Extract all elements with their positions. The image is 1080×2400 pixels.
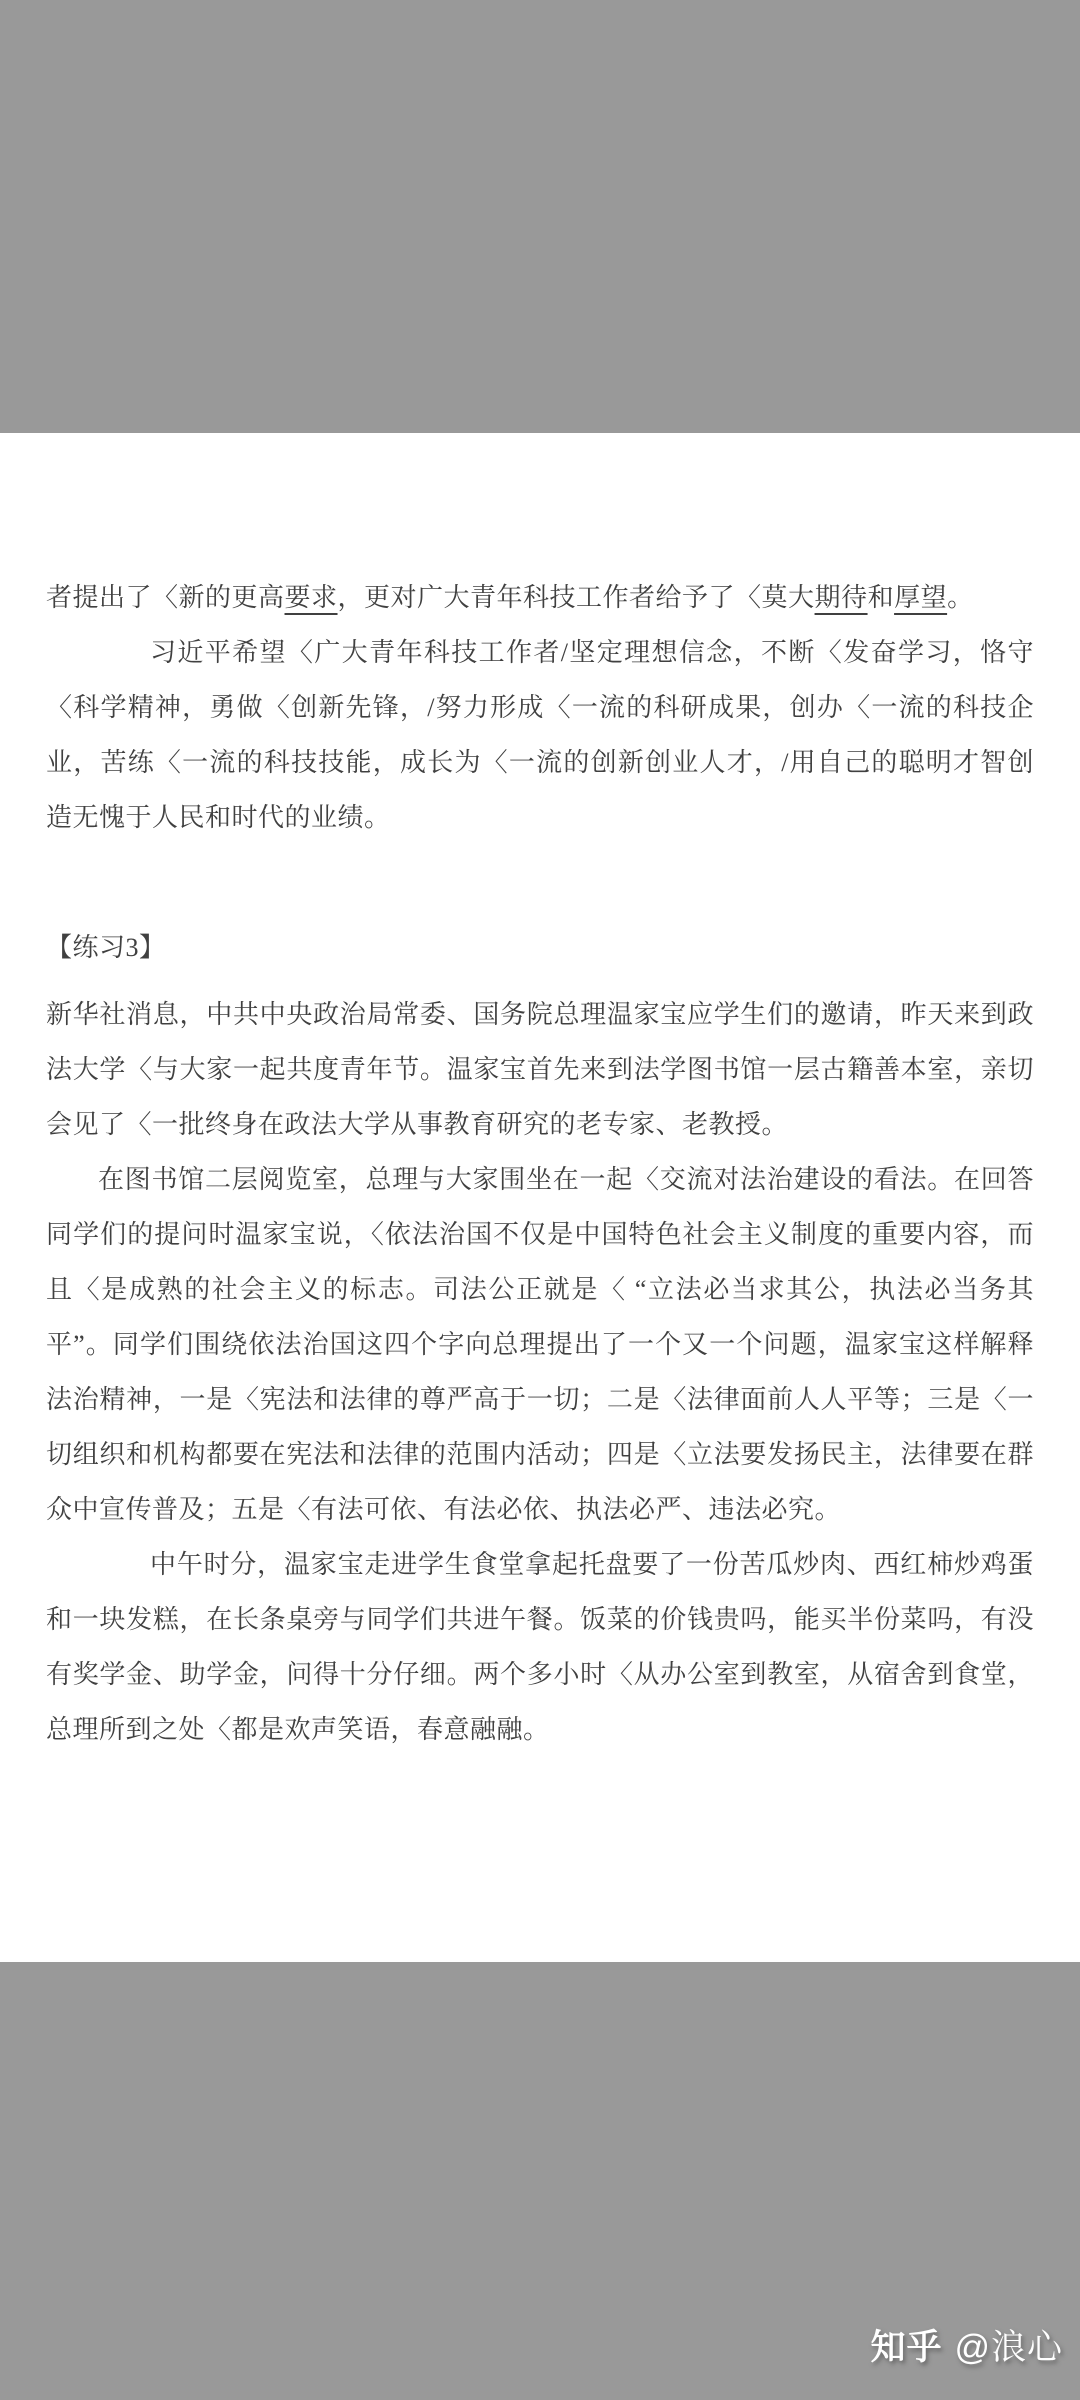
text-run: 新华社消息，中共中央政治局常委、国务院总理温家宝应学生们的邀请，昨天来到政法大学…: [46, 1000, 1034, 1139]
underlined-text: 厚望: [894, 583, 947, 612]
text-run: ，更对广大青年科技工作者给予了〈莫大: [338, 583, 815, 612]
document-page: 者提出了〈新的更高要求，更对广大青年科技工作者给予了〈莫大期待和厚望。习近平希望…: [0, 433, 1080, 1962]
text-run: 中午时分，温家宝走进学生食堂拿起托盘要了一份苦瓜炒肉、西红柿炒鸡蛋和一块发糕，在…: [46, 1550, 1034, 1744]
paragraph: 新华社消息，中共中央政治局常委、国务院总理温家宝应学生们的邀请，昨天来到政法大学…: [46, 987, 1034, 1152]
text-run: 者提出了〈新的更高: [46, 583, 285, 612]
underlined-text: 期待: [815, 583, 868, 612]
document-body: 者提出了〈新的更高要求，更对广大青年科技工作者给予了〈莫大期待和厚望。习近平希望…: [46, 570, 1034, 1757]
zhihu-watermark: 知乎@浪心: [870, 2320, 1063, 2370]
text-run: 和: [868, 583, 895, 612]
paragraph: 习近平希望〈广大青年科技工作者/坚定理想信念，不断〈发奋学习，恪守〈科学精神，勇…: [46, 625, 1034, 845]
underlined-text: 要求: [285, 583, 338, 612]
letterbox-top: [0, 0, 1080, 433]
text-run: 【练习3】: [46, 933, 166, 962]
exercise-heading: 【练习3】: [46, 920, 1034, 975]
text-run: 在图书馆二层阅览室，总理与大家围坐在一起〈交流对法治建设的看法。在回答同学们的提…: [46, 1165, 1034, 1524]
zhihu-brand-text: 知乎: [870, 2328, 942, 2367]
screenshot-root: 者提出了〈新的更高要求，更对广大青年科技工作者给予了〈莫大期待和厚望。习近平希望…: [0, 0, 1080, 2400]
paragraph: 中午时分，温家宝走进学生食堂拿起托盘要了一份苦瓜炒肉、西红柿炒鸡蛋和一块发糕，在…: [46, 1537, 1034, 1757]
paragraph: 者提出了〈新的更高要求，更对广大青年科技工作者给予了〈莫大期待和厚望。: [46, 570, 1034, 625]
watermark-username: @浪心: [954, 2328, 1063, 2367]
letterbox-bottom: 知乎@浪心: [0, 1962, 1080, 2400]
text-run: 。: [947, 583, 974, 612]
paragraph: 在图书馆二层阅览室，总理与大家围坐在一起〈交流对法治建设的看法。在回答同学们的提…: [46, 1152, 1034, 1537]
text-run: 习近平希望〈广大青年科技工作者/坚定理想信念，不断〈发奋学习，恪守〈科学精神，勇…: [46, 638, 1034, 832]
